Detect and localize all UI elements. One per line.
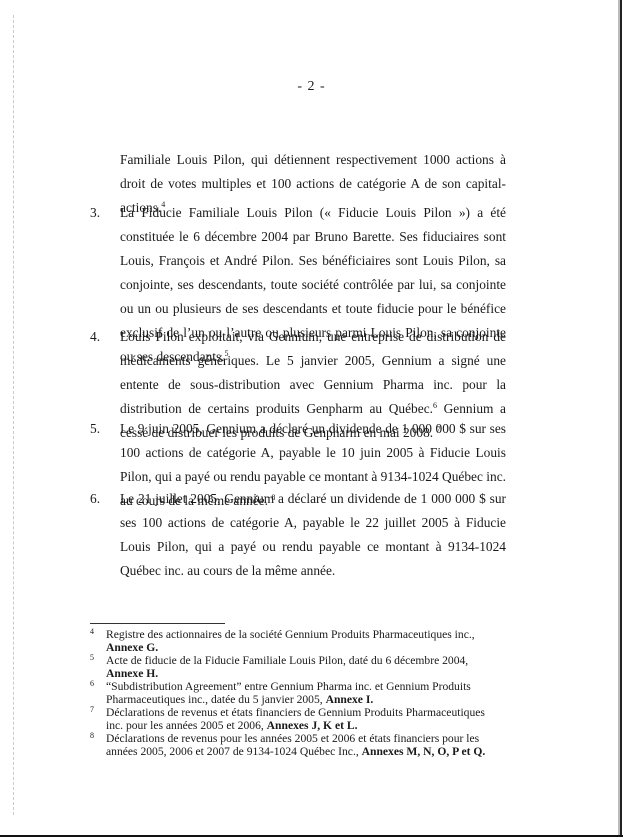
footnotes: 4 Registre des actionnaires de la sociét… <box>90 628 502 758</box>
page-number: - 2 - <box>0 79 623 95</box>
footnote-annex: Annexe H. <box>106 667 158 680</box>
scan-left-edge <box>13 15 15 815</box>
footnote-separator <box>90 623 225 624</box>
paragraph-6: 6. Le 21 juillet 2005, Gennium a déclaré… <box>120 487 506 583</box>
paragraph-text: Le 21 juillet 2005, Gennium a déclaré un… <box>120 491 506 578</box>
footnote-4: 4 Registre des actionnaires de la sociét… <box>90 628 502 654</box>
footnote-number: 6 <box>90 677 94 690</box>
footnote-number: 5 <box>90 651 94 664</box>
footnote-annex: Annexe I. <box>326 693 374 706</box>
footnote-5: 5 Acte de fiducie de la Fiducie Familial… <box>90 654 502 680</box>
footnote-6: 6 “Subdistribution Agreement” entre Genn… <box>90 680 502 706</box>
scan-right-edge <box>620 0 622 835</box>
paragraph-number: 6. <box>90 487 100 511</box>
footnote-number: 8 <box>90 729 94 742</box>
document-page: - 2 - Familiale Louis Pilon, qui détienn… <box>0 0 623 837</box>
footnote-annex: Annexes J, K et L. <box>267 719 358 732</box>
footnote-number: 4 <box>90 625 94 638</box>
footnote-8: 8 Déclarations de revenus pour les année… <box>90 732 502 758</box>
paragraph-number: 3. <box>90 201 100 225</box>
footnote-text: “Subdistribution Agreement” entre Genniu… <box>106 680 471 706</box>
paragraph-number: 4. <box>90 325 100 349</box>
footnote-text: Acte de fiducie de la Fiducie Familiale … <box>106 654 468 667</box>
footnote-text: Registre des actionnaires de la société … <box>106 628 475 641</box>
footnote-number: 7 <box>90 703 94 716</box>
footnote-annex: Annexe G. <box>106 641 158 654</box>
paragraph-number: 5. <box>90 417 100 441</box>
footnote-7: 7 Déclarations de revenus et états finan… <box>90 706 502 732</box>
footnote-annex: Annexes M, N, O, P et Q. <box>362 745 486 758</box>
